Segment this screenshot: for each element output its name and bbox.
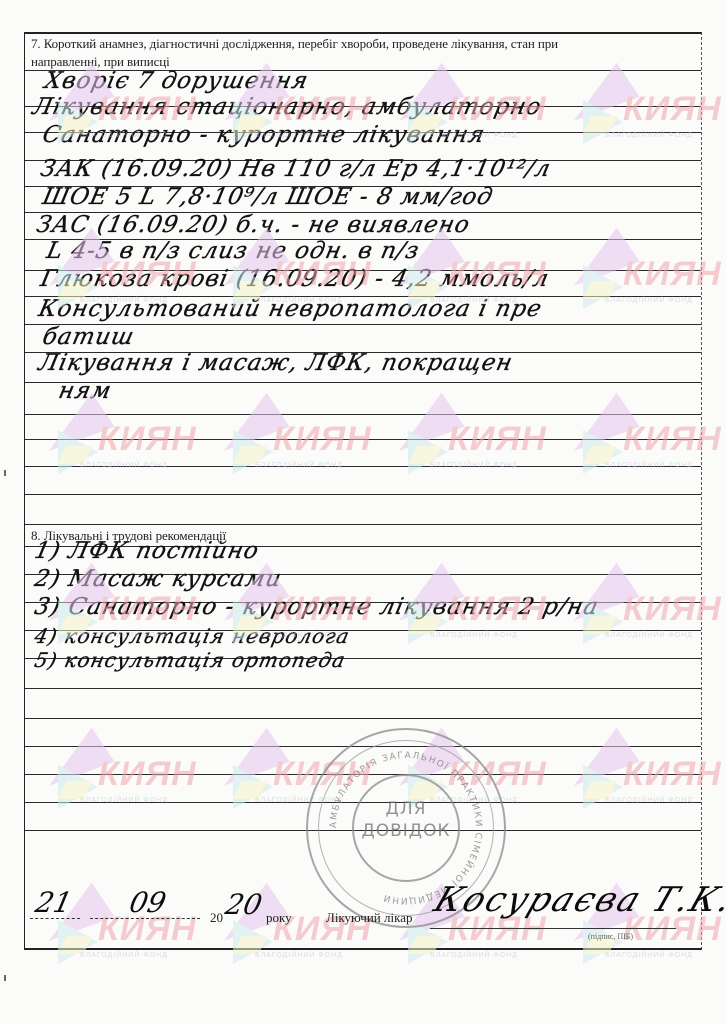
stamp-line2: ДОВІДОК [308, 820, 504, 842]
recommendation-item: 5) консультація ортопеда [32, 648, 348, 672]
handwritten-line: ням [56, 378, 114, 404]
handwritten-line: Санаторно - курортне лікування [40, 122, 487, 148]
date-month: 09 [126, 886, 169, 919]
handwritten-line: Лікування стаціонарно, амбулаторно [30, 94, 544, 120]
rule [25, 494, 701, 495]
recommendation-item: 2) Масаж курсами [32, 566, 284, 592]
rule [25, 688, 701, 689]
recommendation-item: 3) Санаторно - курортне лікування 2 р/на [32, 594, 601, 620]
handwritten-line: ЗАС (16.09.20) б.ч. - не виявлено [34, 212, 472, 238]
rule [25, 718, 701, 719]
rule [25, 524, 701, 525]
stamp-line1: ДЛЯ [308, 798, 504, 820]
handwritten-line: Глюкоза крові (16.09.20) - 4,2 ммоль/л [38, 266, 551, 292]
signature-line [430, 928, 676, 929]
handwritten-line: Лікування і масаж, ЛФК, покращен [36, 350, 515, 376]
rule [25, 382, 701, 383]
doctor-signature: Косураєва Т.К. [429, 880, 726, 920]
year-prefix: 20 [210, 910, 223, 926]
handwritten-line: L 4-5 в п/з слиз не одн. в п/з [44, 238, 422, 264]
rule [25, 414, 701, 415]
stamp-center-text: ДЛЯ ДОВІДОК [308, 798, 504, 842]
year-suffix: 20 [222, 888, 265, 921]
signature-caption: (підпис, ПІБ) [588, 932, 633, 941]
scan-mark [4, 470, 6, 476]
rule [25, 439, 701, 440]
handwritten-line: Хворіє 7 дорушення [42, 68, 311, 94]
doctor-label: Лікуючий лікар [326, 910, 412, 926]
scan-mark [4, 975, 6, 981]
handwritten-line: батиш [40, 324, 137, 350]
section7-heading-line1: 7. Короткий анамнез, діагностичні дослід… [31, 36, 558, 52]
date-day: 21 [32, 886, 75, 919]
date-block: 21 09 20 20 року [30, 886, 330, 926]
recommendation-item: 1) ЛФК постійно [32, 538, 261, 564]
recommendation-item: 4) консультація невролога [32, 624, 352, 648]
year-word: року [266, 910, 292, 926]
handwritten-line: ШОЕ 5 L 7,8·10⁹/л ШОЕ - 8 мм/год [40, 184, 496, 210]
rule [25, 466, 701, 467]
handwritten-line: Консультований невропатолога і пре [36, 296, 544, 322]
handwritten-line: ЗАК (16.09.20) Нв 110 г/л Ер 4,1·10¹²/л [38, 156, 553, 182]
